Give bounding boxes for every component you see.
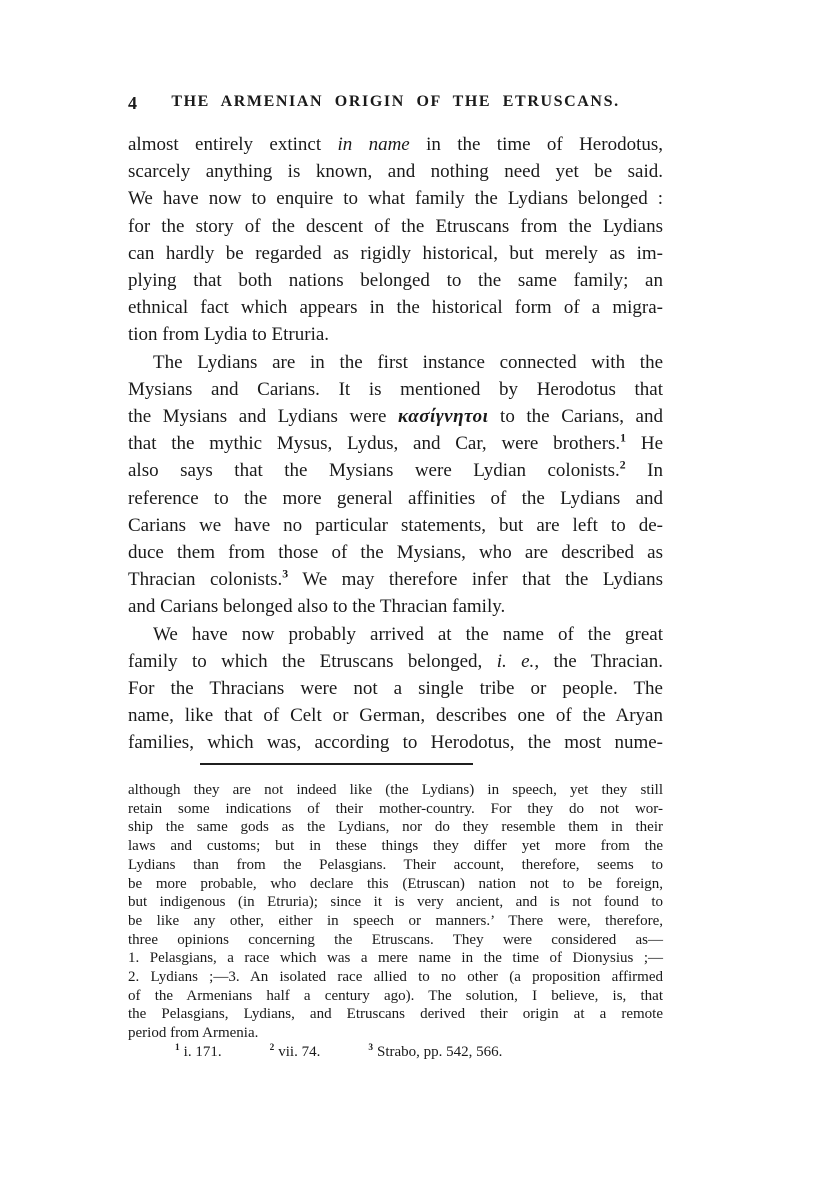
footnote-marker: 3	[368, 1043, 373, 1053]
text-line: ship the same gods as the Lydians, nor d…	[128, 818, 663, 837]
text-run: Carians we have no particular statements…	[128, 515, 663, 536]
greek-text: κασίγνητοι	[398, 406, 488, 427]
text-run: name, like that of Celt or German, descr…	[128, 705, 663, 726]
text-line: laws and customs; but in these things th…	[128, 837, 663, 856]
text-line: Thracian colonists.3 We may therefore in…	[128, 566, 663, 593]
text-run: the Pelasgians, Lydians, and Etruscans d…	[128, 1006, 663, 1022]
footnote-reference: 3Strabo, pp. 542, 566.	[368, 1043, 502, 1062]
text-run: that the mythic Mysus, Lydus, and Car, w…	[128, 433, 620, 454]
text-run: and Carians belonged also to the Thracia…	[128, 596, 505, 617]
text-line: Mysians and Carians. It is mentioned by …	[128, 376, 663, 403]
text-line: Lydians than from the Pelasgians. Their …	[128, 856, 663, 875]
text-run: for the story of the descent of the Etru…	[128, 216, 663, 237]
text-line: also says that the Mysians were Lydian c…	[128, 457, 663, 484]
text-run: be more probable, who declare this (Etru…	[128, 876, 663, 892]
footnote-reference-text: i. 171.	[184, 1044, 222, 1060]
footnote-marker: 2	[270, 1043, 275, 1053]
text-line: the Mysians and Lydians were κασίγνητοι …	[128, 403, 663, 430]
text-run: Lydians than from the Pelasgians. Their …	[128, 857, 663, 873]
text-run: The Lydians are in the first instance co…	[153, 352, 663, 373]
text-run: be like any other, either in speech or m…	[128, 913, 663, 929]
page-header: 4 THE ARMENIAN ORIGIN OF THE ETRUSCANS.	[128, 93, 663, 111]
text-line: although they are not indeed like (the L…	[128, 781, 663, 800]
text-run: retain some indications of their mother-…	[128, 801, 663, 817]
text-run: In	[626, 460, 663, 481]
main-text: almost entirely extinct in name in the t…	[128, 131, 663, 757]
text-line: ethnical fact which appears in the histo…	[128, 294, 663, 321]
footnote-separator	[200, 763, 473, 765]
text-run: families, which was, according to Herodo…	[128, 732, 663, 753]
text-run: family to which the Etruscans belonged,	[128, 651, 497, 672]
text-run: ship the same gods as the Lydians, nor d…	[128, 819, 663, 835]
text-run: tion from Lydia to Etruria.	[128, 324, 329, 345]
text-line: the Pelasgians, Lydians, and Etruscans d…	[128, 1005, 663, 1024]
text-line: almost entirely extinct in name in the t…	[128, 131, 663, 158]
text-line: three opinions concerning the Etruscans.…	[128, 931, 663, 950]
text-run: scarcely anything is known, and nothing …	[128, 161, 663, 182]
text-run: almost entirely extinct	[128, 134, 337, 155]
text-run: period from Armenia.	[128, 1025, 258, 1041]
text-run: ethnical fact which appears in the histo…	[128, 297, 663, 318]
text-line: scarcely anything is known, and nothing …	[128, 158, 663, 185]
text-line: We have now probably arrived at the name…	[128, 621, 663, 648]
text-run: duce them from those of the Mysians, who…	[128, 542, 663, 563]
text-run: He	[626, 433, 663, 454]
text-line: retain some indications of their mother-…	[128, 800, 663, 819]
text-run: of the Armenians half a century ago). Th…	[128, 988, 663, 1004]
page-number: 4	[128, 93, 137, 114]
text-run: We may therefore infer that the Lydians	[288, 569, 663, 590]
running-title: THE ARMENIAN ORIGIN OF THE ETRUSCANS.	[128, 93, 663, 111]
text-line: 2. Lydians ;—3. An isolated race allied …	[128, 968, 663, 987]
paragraph: The Lydians are in the first instance co…	[128, 349, 663, 621]
text-run: although they are not indeed like (the L…	[128, 782, 663, 798]
text-run: in the time of Herodotus,	[410, 134, 663, 155]
footnote-reference: 2vii. 74.	[270, 1043, 321, 1062]
text-run: plying that both nations belonged to the…	[128, 270, 663, 291]
text-line: We have now to enquire to what family th…	[128, 185, 663, 212]
text-run: Mysians and Carians. It is mentioned by …	[128, 379, 663, 400]
text-line: Carians we have no particular statements…	[128, 512, 663, 539]
footnote: although they are not indeed like (the L…	[128, 781, 663, 1062]
text-run: also says that the Mysians were Lydian c…	[128, 460, 620, 481]
paragraph: We have now probably arrived at the name…	[128, 621, 663, 757]
text-line: family to which the Etruscans belonged, …	[128, 648, 663, 675]
text-line: be more probable, who declare this (Etru…	[128, 875, 663, 894]
text-run: We have now probably arrived at the name…	[153, 624, 663, 645]
footnote-marker: 1	[175, 1043, 180, 1053]
text-line: period from Armenia.	[128, 1024, 663, 1043]
book-page: 4 THE ARMENIAN ORIGIN OF THE ETRUSCANS. …	[0, 0, 840, 1191]
text-line: that the mythic Mysus, Lydus, and Car, w…	[128, 430, 663, 457]
text-line: The Lydians are in the first instance co…	[128, 349, 663, 376]
text-line: and Carians belonged also to the Thracia…	[128, 593, 663, 620]
text-line: For the Thracians were not a single trib…	[128, 675, 663, 702]
text-run: 2. Lydians ;—3. An isolated race allied …	[128, 969, 663, 985]
text-line: tion from Lydia to Etruria.	[128, 321, 663, 348]
text-run: Thracian colonists.	[128, 569, 282, 590]
text-run: to the Carians, and	[488, 406, 663, 427]
text-line: duce them from those of the Mysians, who…	[128, 539, 663, 566]
footnote-reference: 1i. 171.	[175, 1043, 222, 1062]
text-run: For the Thracians were not a single trib…	[128, 678, 663, 699]
footnote-references: 1i. 171. 2vii. 74. 3Strabo, pp. 542, 566…	[175, 1043, 663, 1062]
text-line: can hardly be regarded as rigidly histor…	[128, 240, 663, 267]
text-run: We have now to enquire to what family th…	[128, 188, 663, 209]
text-run: but indigenous (in Etruria); since it is…	[128, 894, 663, 910]
text-line: plying that both nations belonged to the…	[128, 267, 663, 294]
footnote-reference-text: Strabo, pp. 542, 566.	[377, 1044, 502, 1060]
text-line: be like any other, either in speech or m…	[128, 912, 663, 931]
italic-text: i. e.	[497, 651, 535, 672]
footnote-reference-text: vii. 74.	[278, 1044, 320, 1060]
text-line: 1. Pelasgians, a race which was a mere n…	[128, 949, 663, 968]
text-line: but indigenous (in Etruria); since it is…	[128, 893, 663, 912]
text-line: families, which was, according to Herodo…	[128, 729, 663, 756]
italic-text: in name	[337, 134, 409, 155]
footnote-paragraph: although they are not indeed like (the L…	[128, 781, 663, 1043]
text-run: reference to the more general affinities…	[128, 488, 663, 509]
text-line: name, like that of Celt or German, descr…	[128, 702, 663, 729]
text-run: three opinions concerning the Etruscans.…	[128, 932, 663, 948]
text-run: can hardly be regarded as rigidly histor…	[128, 243, 663, 264]
text-line: for the story of the descent of the Etru…	[128, 213, 663, 240]
text-run: 1. Pelasgians, a race which was a mere n…	[128, 950, 663, 966]
text-run: , the Thracian.	[534, 651, 663, 672]
paragraph: almost entirely extinct in name in the t…	[128, 131, 663, 349]
text-run: the Mysians and Lydians were	[128, 406, 398, 427]
text-line: reference to the more general affinities…	[128, 485, 663, 512]
text-line: of the Armenians half a century ago). Th…	[128, 987, 663, 1006]
text-run: laws and customs; but in these things th…	[128, 838, 663, 854]
